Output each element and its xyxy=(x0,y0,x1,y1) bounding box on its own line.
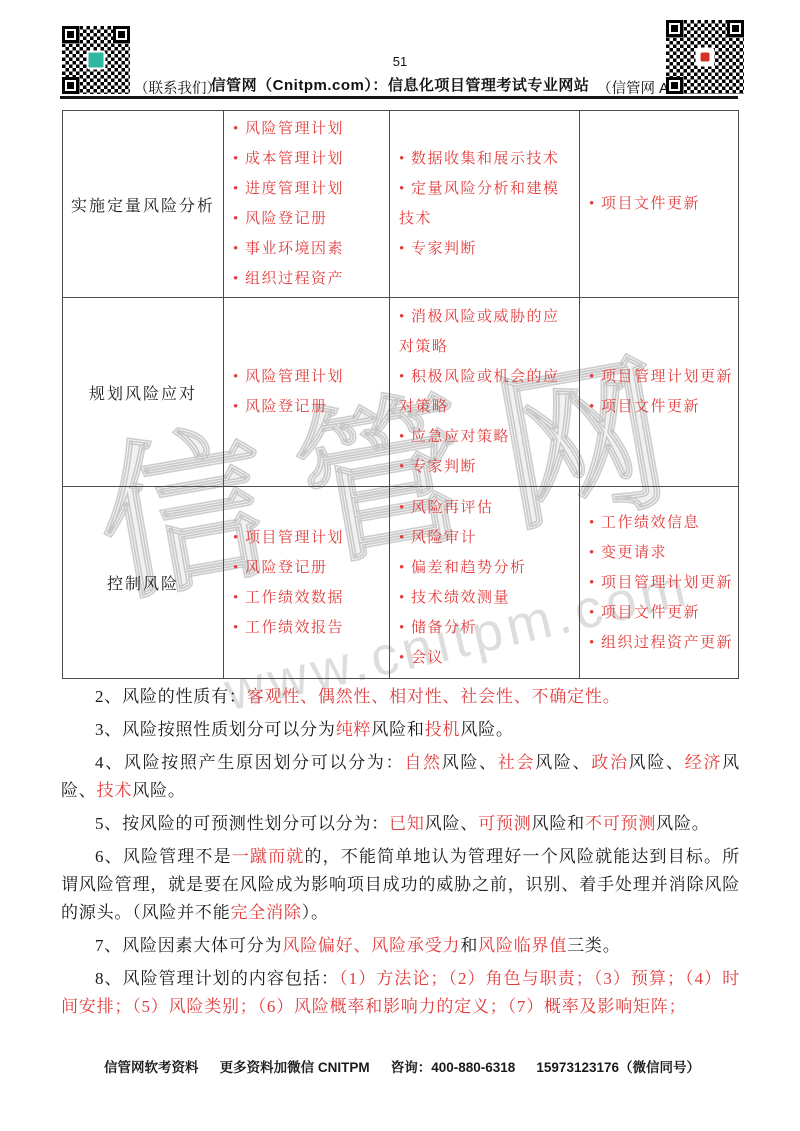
bullet-item: • 项目管理计划更新 xyxy=(589,362,734,392)
bullet-item: • 项目管理计划更新 xyxy=(589,568,734,598)
bullet-item: • 风险登记册 xyxy=(233,553,385,583)
bullet-item: • 组织过程资产更新 xyxy=(589,628,734,658)
text-segment: 社会 xyxy=(498,753,535,772)
text-segment: 经济 xyxy=(685,753,722,772)
text-segment: 不可预测 xyxy=(585,814,656,833)
text-segment: 风险、 xyxy=(425,814,478,833)
footer-brand: 信管网软考资料 xyxy=(104,1056,199,1076)
bullet-item: • 工作绩效报告 xyxy=(233,613,385,643)
text-segment: 风险和 xyxy=(371,720,424,739)
process-name: 实施定量风险分析 xyxy=(63,111,224,298)
risk-process-table: 实施定量风险分析 • 风险管理计划• 成本管理计划• 进度管理计划• 风险登记册… xyxy=(62,110,739,679)
notes-section: 2、风险的性质有：客观性、偶然性、相对性、社会性、不确定性。 3、风险按照性质划… xyxy=(61,683,740,1026)
bullet-item: • 风险登记册 xyxy=(233,392,385,422)
text-segment: 8、风险管理计划的内容包括： xyxy=(95,969,339,988)
bullet-item: • 数据收集和展示技术 xyxy=(399,144,575,174)
text-segment: 风险偏好、风险承受力 xyxy=(282,936,460,955)
text-segment: 自然 xyxy=(404,753,441,772)
process-tools-list: • 消极风险或威胁的应对策略• 积极风险或机会的应对策略• 应急应对策略• 专家… xyxy=(390,298,580,487)
bullet-item: • 项目文件更新 xyxy=(589,189,734,219)
text-segment: 风险临界值 xyxy=(478,936,567,955)
bullet-item: • 工作绩效数据 xyxy=(233,583,385,613)
text-segment: 风险、 xyxy=(442,753,498,772)
bullet-item: • 风险管理计划 xyxy=(233,114,385,144)
note-paragraph: 4、风险按照产生原因划分可以分为：自然风险、社会风险、政治风险、经济风险、技术风… xyxy=(61,749,740,805)
page-footer: 信管网软考资料 更多资料加微信 CNITPM 咨询：400-880-6318 1… xyxy=(104,1056,700,1076)
bullet-item: • 风险登记册 xyxy=(233,204,385,234)
process-inputs-list: • 风险管理计划• 成本管理计划• 进度管理计划• 风险登记册• 事业环境因素•… xyxy=(224,111,390,298)
process-outputs-list: • 项目文件更新 xyxy=(580,111,739,298)
note-paragraph: 7、风险因素大体可分为风险偏好、风险承受力和风险临界值三类。 xyxy=(61,932,740,960)
bullet-item: • 会议 xyxy=(399,643,575,673)
bullet-item: • 技术绩效测量 xyxy=(399,583,575,613)
header-divider xyxy=(60,96,738,99)
text-segment: 技术 xyxy=(97,781,133,800)
text-segment: 6、风险管理不是 xyxy=(95,847,232,866)
text-segment: 纯粹 xyxy=(336,720,372,739)
bullet-item: • 应急应对策略 xyxy=(399,422,575,452)
footer-consult-phone: 咨询：400-880-6318 xyxy=(391,1056,516,1076)
text-segment: 风险。 xyxy=(460,720,513,739)
cnitpm-logo-icon xyxy=(696,48,715,67)
bullet-item: • 项目文件更新 xyxy=(589,392,734,422)
bullet-item: • 项目文件更新 xyxy=(589,598,734,628)
text-segment: 风险和 xyxy=(532,814,585,833)
text-segment: 2、风险的性质有： xyxy=(95,687,247,706)
bullet-item: • 风险管理计划 xyxy=(233,362,385,392)
bullet-item: • 工作绩效信息 xyxy=(589,508,734,538)
text-segment: 政治 xyxy=(591,753,628,772)
text-segment: ）。 xyxy=(302,903,329,922)
process-name: 控制风险 xyxy=(63,487,224,679)
qr-finder-icon xyxy=(666,77,683,94)
process-tools-list: • 风险再评估• 风险审计• 偏差和趋势分析• 技术绩效测量• 储备分析• 会议 xyxy=(390,487,580,679)
qr-finder-icon xyxy=(666,20,683,37)
bullet-item: • 风险审计 xyxy=(399,523,575,553)
bullet-item: • 成本管理计划 xyxy=(233,144,385,174)
text-segment: 投机 xyxy=(425,720,461,739)
text-segment: 和 xyxy=(460,936,478,955)
bullet-item: • 进度管理计划 xyxy=(233,174,385,204)
bullet-item: • 事业环境因素 xyxy=(233,234,385,264)
app-qr-code-icon xyxy=(666,20,744,94)
text-segment: 4、风险按照产生原因划分可以分为： xyxy=(95,753,404,772)
bullet-item: • 专家判断 xyxy=(399,234,575,264)
bullet-item: • 项目管理计划 xyxy=(233,523,385,553)
qr-finder-icon xyxy=(113,26,130,43)
text-segment: 5、按风险的可预测性划分可以分为： xyxy=(95,814,389,833)
text-segment: 已知 xyxy=(389,814,425,833)
process-name: 规划风险应对 xyxy=(63,298,224,487)
bullet-item: • 风险再评估 xyxy=(399,493,575,523)
process-outputs-list: • 工作绩效信息• 变更请求• 项目管理计划更新• 项目文件更新• 组织过程资产… xyxy=(580,487,739,679)
bullet-item: • 变更请求 xyxy=(589,538,734,568)
note-paragraph: 5、按风险的可预测性划分可以分为：已知风险、可预测风险和不可预测风险。 xyxy=(61,810,740,838)
text-segment: 可预测 xyxy=(478,814,531,833)
text-segment: 客观性、偶然性、相对性、社会性、不确定性。 xyxy=(247,687,621,706)
text-segment: 3、风险按照性质划分可以分为 xyxy=(95,720,336,739)
qr-finder-icon xyxy=(62,26,79,43)
text-segment: 风险、 xyxy=(535,753,591,772)
text-segment: 完全消除 xyxy=(231,903,302,922)
footer-mobile-phone: 15973123176（微信同号） xyxy=(536,1056,700,1076)
bullet-item: • 消极风险或威胁的应对策略 xyxy=(399,302,575,362)
text-segment: 一蹴而就 xyxy=(232,847,305,866)
bullet-item: • 专家判断 xyxy=(399,452,575,482)
bullet-item: • 储备分析 xyxy=(399,613,575,643)
process-inputs-list: • 项目管理计划• 风险登记册• 工作绩效数据• 工作绩效报告 xyxy=(224,487,390,679)
process-tools-list: • 数据收集和展示技术• 定量风险分析和建模技术• 专家判断 xyxy=(390,111,580,298)
qr-finder-icon xyxy=(727,20,744,37)
bullet-item: • 定量风险分析和建模技术 xyxy=(399,174,575,234)
note-paragraph: 2、风险的性质有：客观性、偶然性、相对性、社会性、不确定性。 xyxy=(61,683,740,711)
footer-wechat: 更多资料加微信 CNITPM xyxy=(220,1056,370,1076)
text-segment: 风险、 xyxy=(629,753,685,772)
bullet-item: • 组织过程资产 xyxy=(233,264,385,294)
text-segment: 7、风险因素大体可分为 xyxy=(95,936,282,955)
text-segment: 风险。 xyxy=(132,781,185,800)
document-page: （联系我们） 51 信管网（Cnitpm.com）：信息化项目管理考试专业网站 … xyxy=(0,0,800,1131)
process-inputs-list: • 风险管理计划• 风险登记册 xyxy=(224,298,390,487)
process-outputs-list: • 项目管理计划更新• 项目文件更新 xyxy=(580,298,739,487)
note-paragraph: 8、风险管理计划的内容包括：（1）方法论；（2）角色与职责；（3）预算；（4）时… xyxy=(61,965,740,1021)
text-segment: 风险。 xyxy=(656,814,709,833)
text-segment: 三类。 xyxy=(567,936,620,955)
bullet-item: • 积极风险或机会的应对策略 xyxy=(399,362,575,422)
note-paragraph: 6、风险管理不是一蹴而就的，不能简单地认为管理好一个风险就能达到目标。所谓风险管… xyxy=(61,843,740,927)
bullet-item: • 偏差和趋势分析 xyxy=(399,553,575,583)
note-paragraph: 3、风险按照性质划分可以分为纯粹风险和投机风险。 xyxy=(61,716,740,744)
